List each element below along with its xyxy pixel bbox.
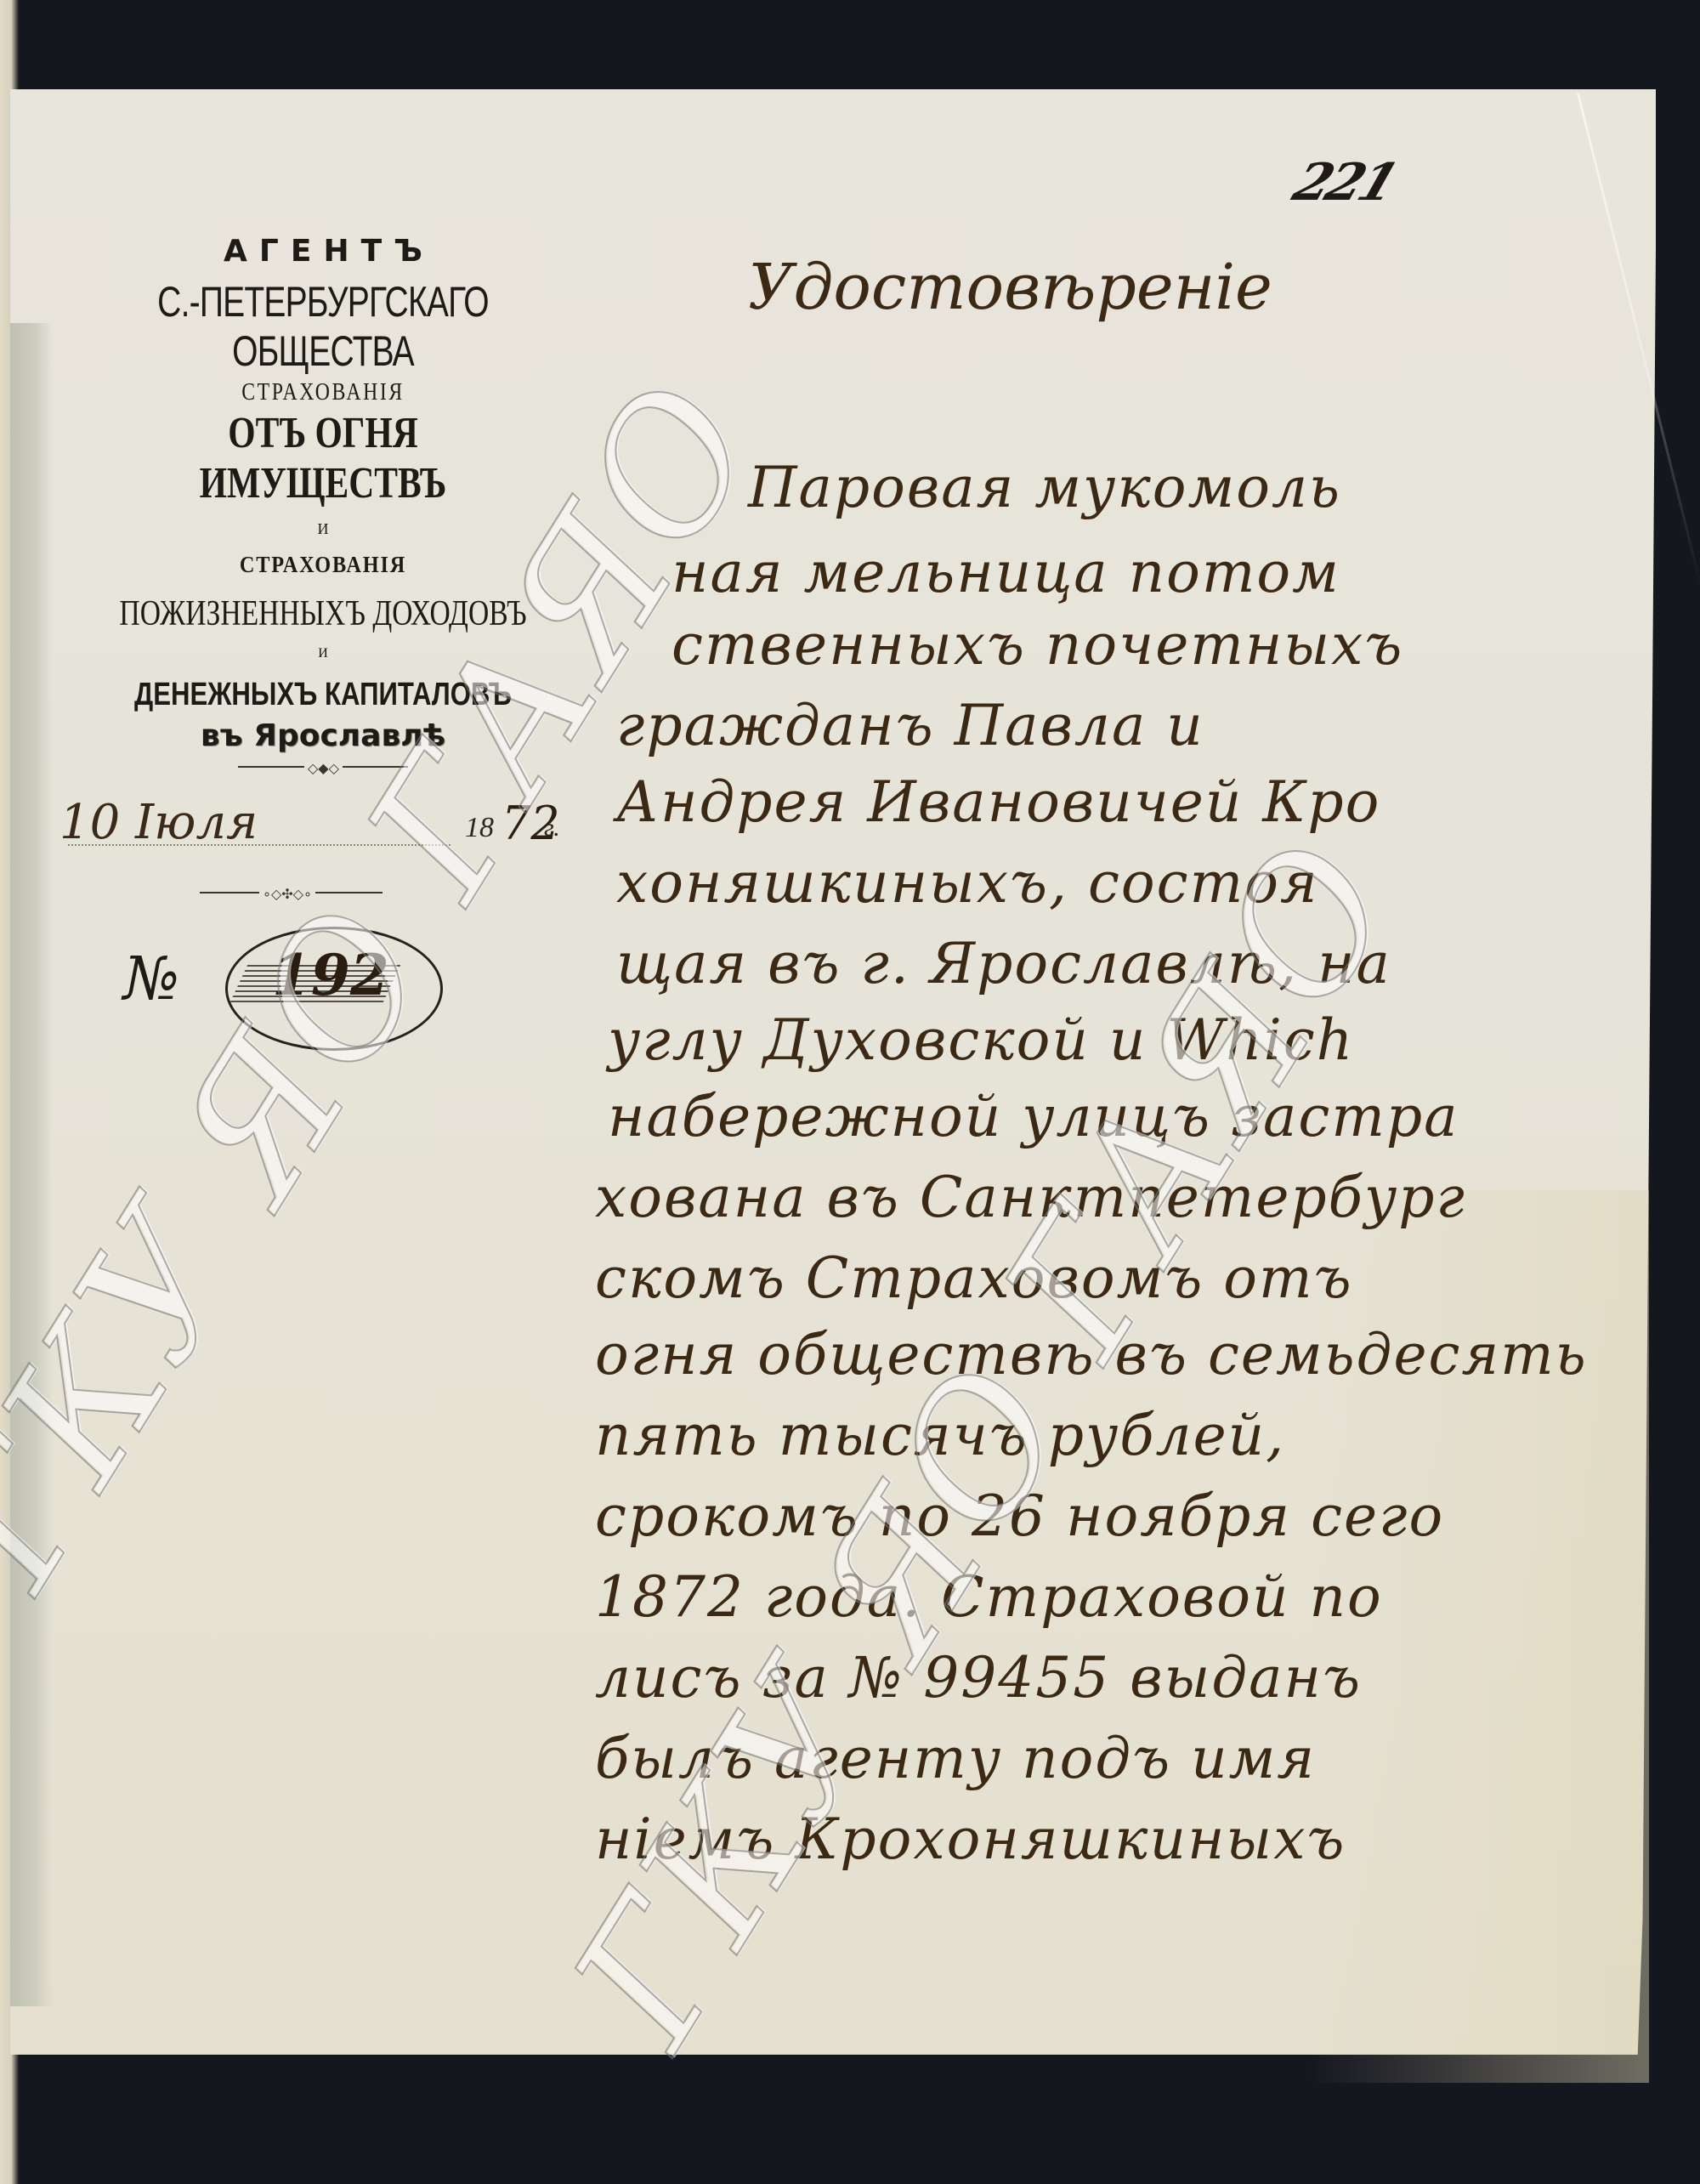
letterhead-agent: АГЕНТЪ [59,234,586,269]
body-line-14: срокомъ по 26 ноября сего [595,1483,1444,1549]
date-year-prefix: 18 [465,812,494,844]
body-line-15: 1872 года. Страховой по [595,1564,1383,1630]
ornament-knot-icon: ∘◇✣◇∘ [259,886,315,902]
body-line-9: набережной улицъ застра [608,1084,1459,1149]
number-value: 192 [272,942,389,1008]
body-line-2: ная мельница потом [671,540,1340,605]
date-suffix: г. [544,814,560,842]
body-line-17: былъ агенту подъ имя [595,1726,1316,1791]
letterhead-conjunction-2: И [59,646,586,661]
letterhead-fire-property: ОТЪ ОГНЯ ИМУЩЕСТВЪ [112,408,534,508]
body-line-10: хована въ Санктпетербург [595,1165,1466,1230]
ornamental-divider-top: ◇◆◇ [238,758,408,775]
body-line-18: ніемъ Крохоняшкиныхъ [595,1807,1346,1872]
letterhead: АГЕНТЪ С.-ПЕТЕРБУРГСКАГО ОБЩЕСТВА СТРАХО… [59,234,586,753]
body-line-6: хоняшкиныхъ, состоя [616,850,1319,916]
body-line-3: ственныхъ почетныхъ [671,612,1403,678]
body-line-5: Андрея Ивановичей Кро [616,769,1380,835]
ornamental-divider-bottom: ∘◇✣◇∘ [200,884,382,901]
body-line-11: скомъ Страховомъ отъ [595,1245,1353,1311]
binding-shadow [10,323,53,2006]
body-line-4: гражданъ Павла и [616,693,1204,758]
letterhead-lifetime-income: ПОЖИЗНЕННЫХЪ ДОХОДОВЪ [112,593,534,634]
date-day-month: 10 Іюля [59,795,258,850]
date-field: 10 Іюля 18 72 г. [51,795,544,854]
letterhead-insurance: СТРАХОВАНІЯ [99,379,547,406]
body-line-8: углу Духовской и Which [608,1007,1354,1073]
body-line-1: Паровая мукомоль [748,455,1341,520]
body-line-7: щая въ г. Ярославлѣ, на [616,931,1391,996]
number-sign: № [123,944,179,1013]
letterhead-conjunction: И [59,520,586,538]
document-number: № 192 [123,927,463,1054]
letterhead-city: въ Ярославлѣ [59,718,586,753]
document-title: Удостовѣреніе [748,251,1272,324]
body-line-12: огня обществѣ въ семьдесять [595,1322,1588,1387]
letterhead-monetary-capital: ДЕНЕЖНЫХЪ КАПИТАЛОВЪ [107,677,539,713]
body-line-13: пять тысячъ рублей, [595,1403,1285,1468]
letterhead-society: С.-ПЕТЕРБУРГСКАГО ОБЩЕСТВА [117,277,529,376]
body-line-16: лисъ за № 99455 выданъ [595,1645,1362,1710]
letterhead-insurance-2: СТРАХОВАНІЯ [86,552,560,578]
ornament-diamond-icon: ◇◆◇ [304,760,343,776]
